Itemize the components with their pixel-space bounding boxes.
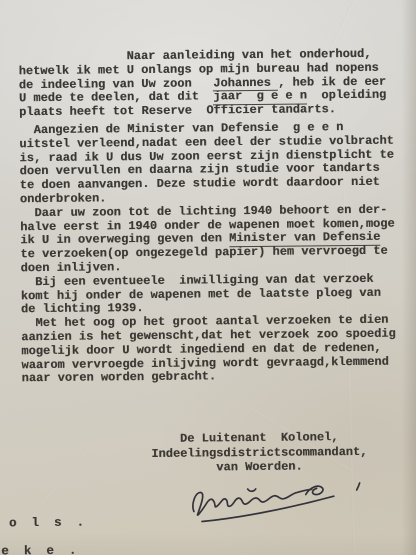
closing-block: De Luitenant Kolonel,Indeelingsdistricts… xyxy=(137,430,381,476)
signature xyxy=(188,476,373,528)
corner-fragment-ols: o l s . xyxy=(9,516,84,531)
corner-fragment-eke: e k e . xyxy=(1,544,76,555)
closing-line: Indeelingsdistrictscommandant, xyxy=(137,444,381,461)
document-line: naar voren worden gebracht. xyxy=(22,369,406,386)
text-segment: onderbroken. xyxy=(20,191,107,206)
paragraph-5: Met het oog op het groot aantal verzoeke… xyxy=(21,314,406,387)
text-segment: de lichting 1939. xyxy=(21,301,144,316)
text-segment: komt hij onder de wapenen met de laatste… xyxy=(21,285,381,302)
paragraph-2: Aangezien de Minister van Defensie g e e… xyxy=(19,121,404,207)
text-segment: naar voren worden gebracht. xyxy=(22,370,217,386)
text-segment: te doen aanvangen. Deze studie wordt daa… xyxy=(20,175,380,192)
text-segment: , heb ik de eer xyxy=(278,74,386,89)
letter-content: Naar aanleiding van het onderhoud,hetwel… xyxy=(0,0,416,555)
paragraph-3: Daar uw zoon tot de lichting 1940 behoor… xyxy=(20,203,405,276)
document-line: plaats heeft tot Reserve Officier tandar… xyxy=(19,103,403,120)
closing-line: van Woerden. xyxy=(137,459,381,476)
letter-page: Naar aanleiding van het onderhoud,hetwel… xyxy=(0,0,416,555)
text-segment: plaats heeft tot Reserve Officier tandar… xyxy=(19,102,336,119)
text-segment: te verzoeken(op ongezegeld papier) hem v… xyxy=(20,244,387,262)
paragraph-4: Bij een eventueele inwilliging van dat v… xyxy=(21,272,405,317)
letter-body: Naar aanleiding van het onderhoud,hetwel… xyxy=(18,48,405,387)
text-segment: opleiding xyxy=(307,88,386,103)
paragraph-1: Naar aanleiding van het onderhoud,hetwel… xyxy=(18,48,403,121)
text-segment: doen inlijven. xyxy=(20,260,121,275)
